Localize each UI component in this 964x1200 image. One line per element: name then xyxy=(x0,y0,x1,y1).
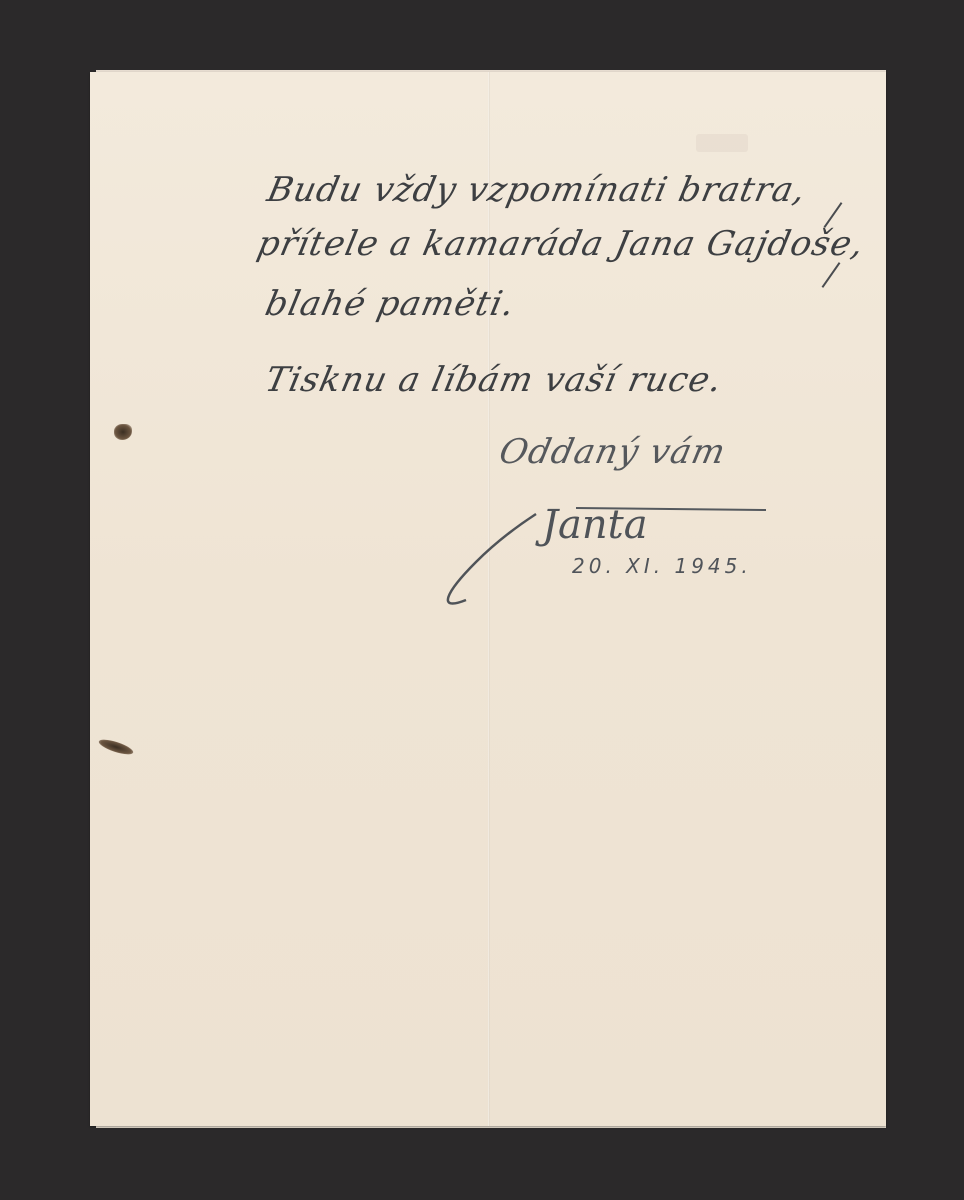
letter-line-4: Tisknu a líbám vaší ruce. xyxy=(262,360,726,400)
letter-line-3: blahé paměti. xyxy=(262,284,519,324)
margin-mark xyxy=(822,262,841,288)
punch-hole-top xyxy=(114,424,132,440)
letter-page: Budu vždy vzpomínati bratra, přítele a k… xyxy=(90,72,886,1126)
show-through-stamp xyxy=(696,134,748,152)
letter-line-1: Budu vždy vzpomínati bratra, xyxy=(264,170,810,210)
signature-name: Janta xyxy=(542,502,648,548)
letter-closing: Oddaný vám xyxy=(496,432,730,472)
letter-date: 20. XI. 1945. xyxy=(572,554,752,578)
punch-hole-bottom xyxy=(97,737,134,758)
letter-line-2: přítele a kamaráda Jana Gajdoše, xyxy=(254,224,868,264)
signature-block: Janta 20. XI. 1945. xyxy=(436,502,776,622)
